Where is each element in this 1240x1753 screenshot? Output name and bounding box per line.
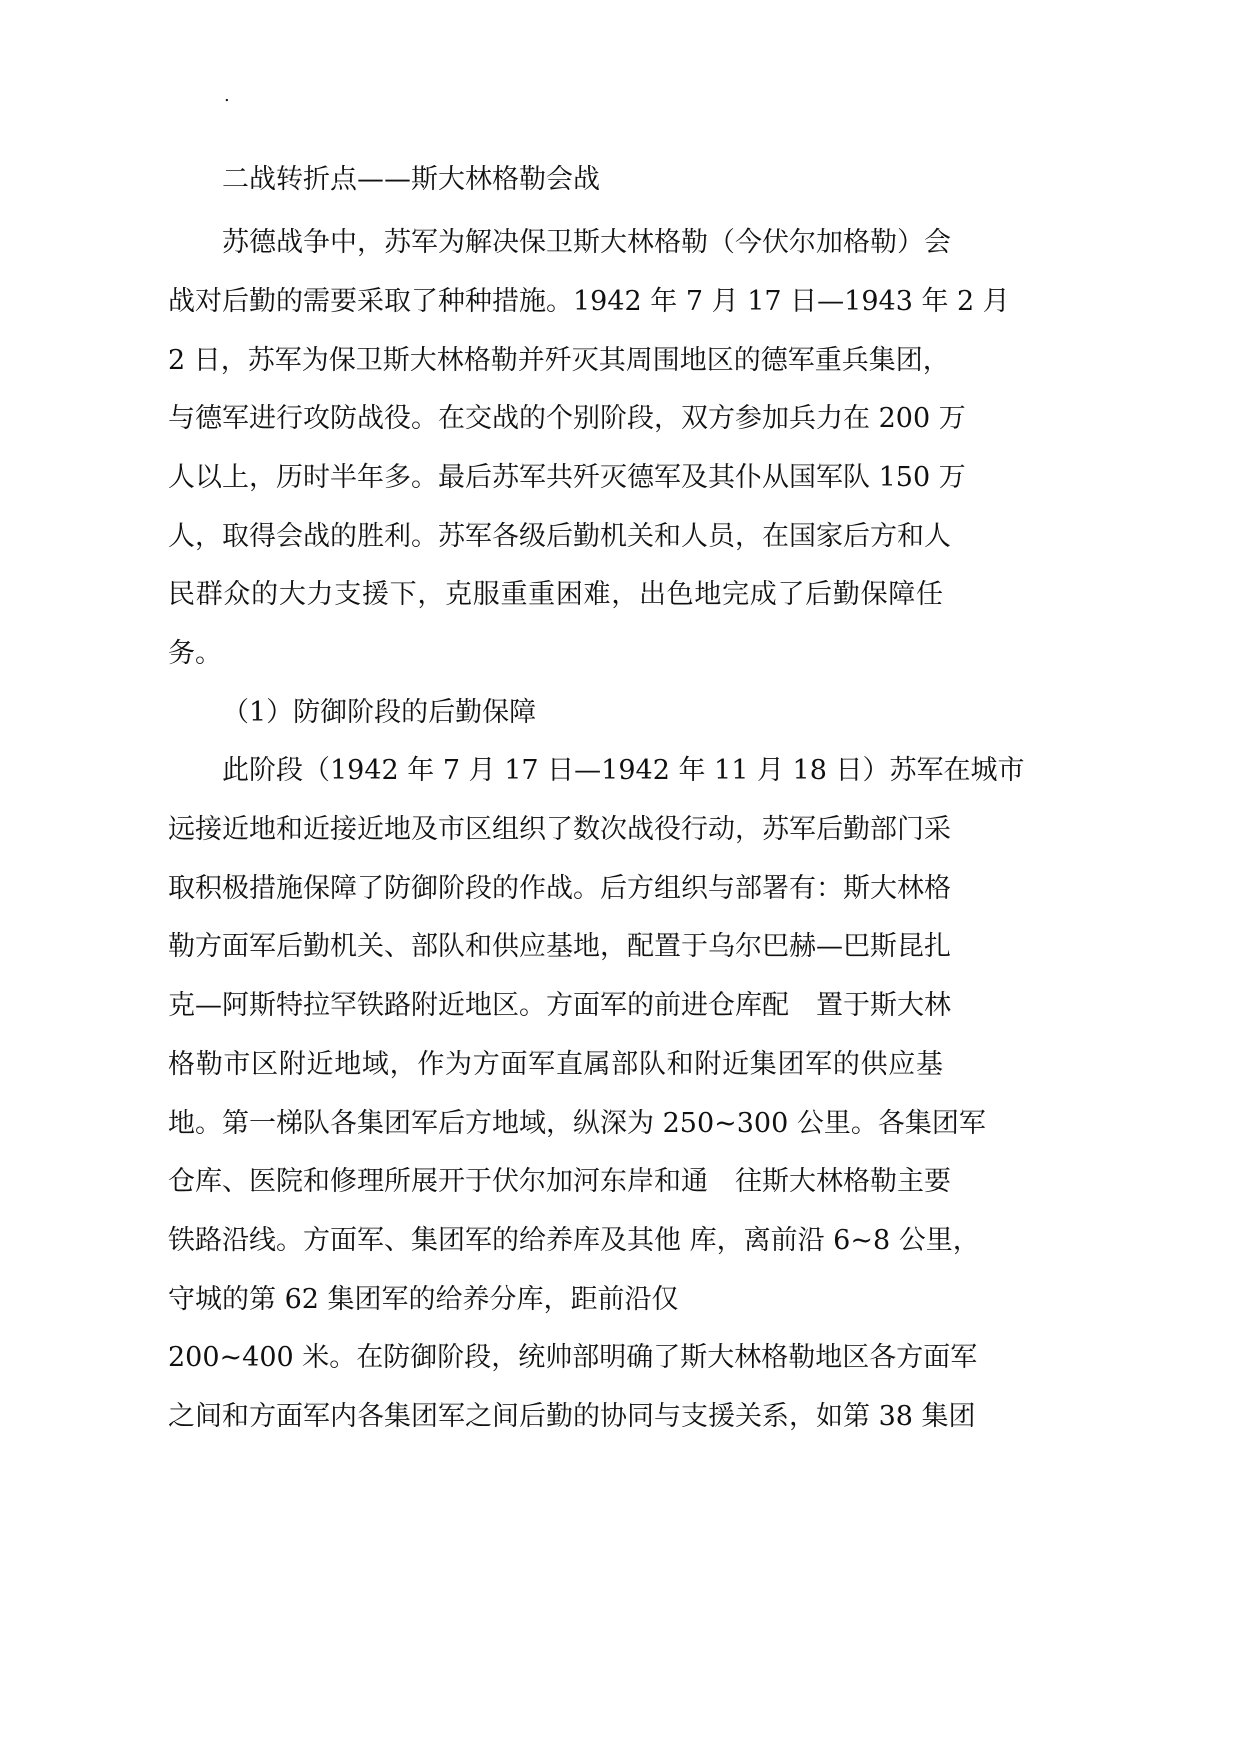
text-line: 格勒市区附近地域，作为方面军直属部队和附近集团军的供应基 [168, 1045, 943, 1085]
text-line: 之间和方面军内各集团军之间后勤的协同与支援关系，如第 38 集团 [168, 1397, 943, 1437]
text-line: 铁路沿线。方面军、集团军的给养库及其他 库，离前沿 6~8 公里， [168, 1221, 943, 1261]
text-line: 克—阿斯特拉罕铁路附近地区。方面军的前进仓库配 置于斯大林 [168, 986, 943, 1026]
section-heading: （1）防御阶段的后勤保障 [222, 693, 536, 733]
text-line: 人以上，历时半年多。最后苏军共歼灭德军及其仆从国军队 150 万 [168, 458, 943, 498]
text-line: 民群众的大力支援下，克服重重困难，出色地完成了后勤保障任 [168, 575, 943, 615]
text-line: 取积极措施保障了防御阶段的作战。后方组织与部署有：斯大林格 [168, 869, 943, 909]
text-line: 与德军进行攻防战役。在交战的个别阶段，双方参加兵力在 200 万 [168, 399, 943, 439]
text-line: 此阶段（1942 年 7 月 17 日—1942 年 11 月 18 日）苏军在… [222, 751, 943, 791]
text-line: 仓库、医院和修理所展开于伏尔加河东岸和通 往斯大林格勒主要 [168, 1162, 943, 1202]
text-line: 2 日，苏军为保卫斯大林格勒并歼灭其周围地区的德军重兵集团， [168, 341, 943, 381]
document-page: . 二战转折点——斯大林格勒会战 苏德战争中，苏军为解决保卫斯大林格勒（今伏尔加… [0, 0, 1240, 1753]
text-line: 务。 [168, 634, 943, 674]
header-mark: . [224, 86, 230, 106]
text-line: 地。第一梯队各集团军后方地域，纵深为 250~300 公里。各集团军 [168, 1104, 943, 1144]
text-line: 勒方面军后勤机关、部队和供应基地，配置于乌尔巴赫—巴斯昆扎 [168, 927, 943, 967]
text-line: 守城的第 62 集团军的给养分库，距前沿仅 [168, 1280, 943, 1320]
text-line: 200~400 米。在防御阶段，统帅部明确了斯大林格勒地区各方面军 [168, 1338, 943, 1378]
document-title: 二战转折点——斯大林格勒会战 [222, 160, 600, 200]
text-line: 苏德战争中，苏军为解决保卫斯大林格勒（今伏尔加格勒）会 [222, 223, 943, 263]
text-line: 远接近地和近接近地及市区组织了数次战役行动，苏军后勤部门采 [168, 810, 943, 850]
text-line: 战对后勤的需要采取了种种措施。1942 年 7 月 17 日—1943 年 2 … [168, 282, 943, 322]
text-line: 人，取得会战的胜利。苏军各级后勤机关和人员，在国家后方和人 [168, 517, 943, 557]
